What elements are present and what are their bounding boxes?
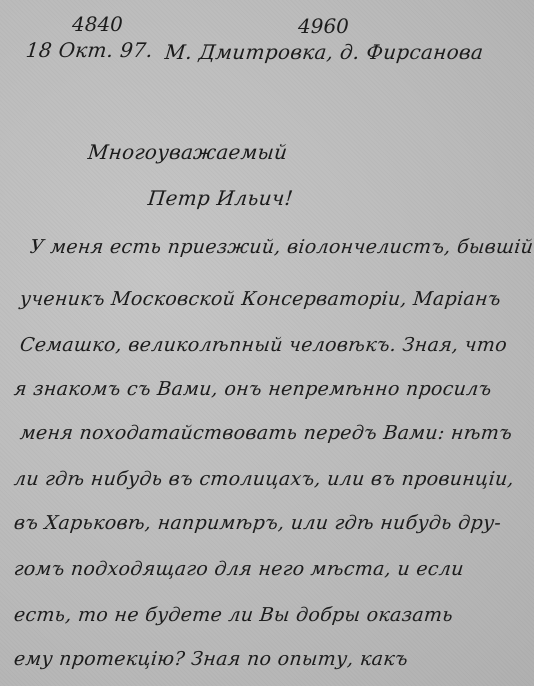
body-line: меня походатайствовать передъ Вами: нѣтъ: [19, 422, 513, 444]
letter-page: 4840 4960 18 Окт. 97. М. Дмитровка, д. Ф…: [0, 0, 534, 686]
archive-number-1: 4840: [72, 12, 123, 36]
body-line: Семашко, великолѣпный человѣкъ. Зная, чт…: [19, 334, 508, 356]
letter-address: М. Дмитровка, д. Фирсанова: [164, 40, 485, 64]
body-line: въ Харьковѣ, напримѣръ, или гдѣ нибудь д…: [13, 512, 502, 534]
salutation-line-2: Петр Ильич!: [147, 186, 295, 210]
body-line: ему протекцію? Зная по опыту, какъ: [13, 648, 409, 670]
body-line: ученикъ Московской Консерваторіи, Маріан…: [19, 288, 502, 310]
archive-number-2: 4960: [298, 14, 349, 38]
body-line: гомъ подходящаго для него мѣста, и если: [13, 558, 465, 580]
salutation-line-1: Многоуважаемый: [87, 140, 289, 164]
body-line: ли гдѣ нибудь въ столицахъ, или въ прови…: [13, 468, 515, 490]
body-line: У меня есть приезжий, віолончелистъ, быв…: [29, 236, 534, 258]
letter-date: 18 Окт. 97.: [25, 38, 154, 62]
body-line: есть, то не будете ли Вы добры оказать: [13, 604, 454, 626]
body-line: я знакомъ съ Вами, онъ непремѣнно просил…: [13, 378, 493, 400]
